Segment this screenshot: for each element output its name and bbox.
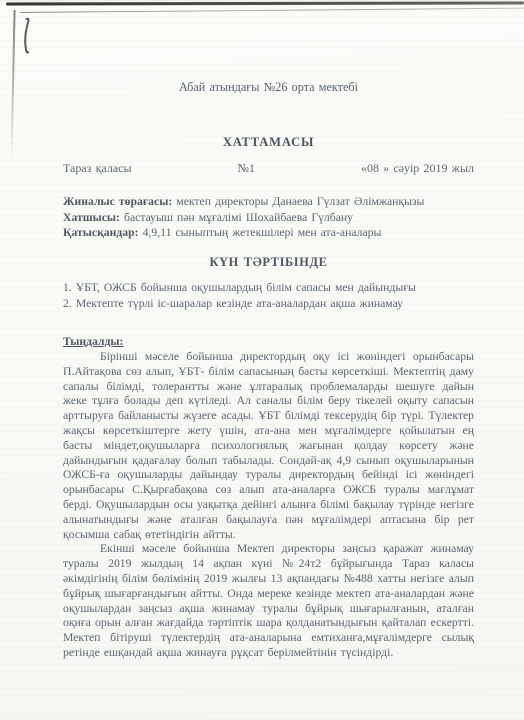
protocol-date: «08 » сәуір 2019 жыл (361, 161, 474, 176)
secretary-value: бастауыш пән мұғалімі Шохайбаева Гүлбану (120, 211, 353, 224)
agenda-item: 2. Мектепте түрлі іс-шаралар кезінде ата… (63, 296, 474, 311)
meeting-officials: Жиналыс төрағасы: мектеп директоры Данае… (63, 194, 474, 240)
participants-line: Қатысқандар: 4,9,11 сыныптың жетекшілері… (63, 225, 474, 240)
agenda-title: КҮН ТӘРТІБІНДЕ (63, 255, 474, 270)
document-body: Абай атындағы №26 орта мектебі ХАТТАМАСЫ… (63, 0, 474, 661)
minutes-paragraph-second-issue: Екінші мәселе бойынша Мектеп директоры з… (63, 542, 474, 660)
protocol-number: №1 (238, 161, 255, 176)
participants-label: Қатысқандар: (63, 226, 139, 239)
scanned-document-page: Абай атындағы №26 орта мектебі ХАТТАМАСЫ… (0, 0, 524, 720)
city-label: Тараз қаласы (63, 161, 132, 176)
school-name: Абай атындағы №26 орта мектебі (63, 80, 474, 95)
secretary-label: Хатшысы: (63, 211, 120, 224)
document-title: ХАТТАМАСЫ (63, 135, 474, 150)
agenda-item: 1. ҰБТ, ОЖСБ бойынша оқушылардың білім с… (63, 280, 474, 295)
minutes-paragraph-first-issue: Бірінші мәселе бойынша директордың оқу і… (63, 350, 474, 542)
chairman-line: Жиналыс төрағасы: мектеп директоры Данае… (63, 194, 474, 209)
chairman-label: Жиналыс төрағасы: (63, 195, 172, 208)
heard-label: Тыңдалды: (63, 335, 123, 348)
pen-mark (14, 14, 38, 62)
agenda-items: 1. ҰБТ, ОЖСБ бойынша оқушылардың білім с… (63, 280, 474, 311)
secretary-line: Хатшысы: бастауыш пән мұғалімі Шохайбаев… (63, 210, 474, 225)
heard-section-heading: Тыңдалды: (63, 335, 474, 350)
chairman-value: мектеп директоры Данаева Гүлзат Әлімжанқ… (172, 195, 424, 208)
protocol-meta-row: Тараз қаласы №1 «08 » сәуір 2019 жыл (63, 161, 474, 176)
participants-value: 4,9,11 сыныптың жетекшілері мен ата-анал… (139, 226, 382, 239)
